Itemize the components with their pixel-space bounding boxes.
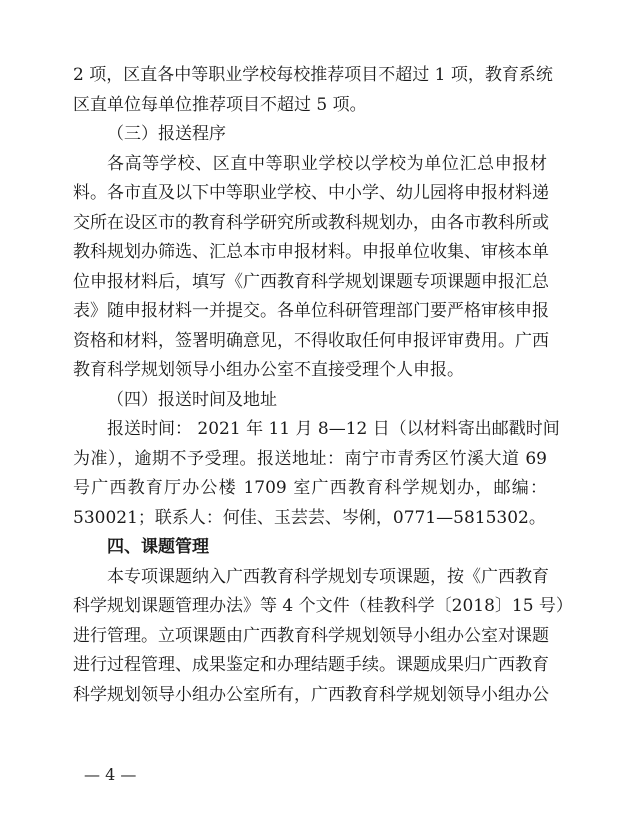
paragraph-line: 资格和材料，签署明确意见，不得收取任何申报评审费用。广西: [73, 330, 547, 352]
paragraph-line: 教科规划办筛选、汇总本市申报材料。申报单位收集、审核本单: [73, 241, 547, 263]
paragraph-line: 本专项课题纳入广西教育科学规划专项课题，按《广西教育: [107, 566, 547, 588]
paragraph-line: 号广西教育厅办公楼 1709 室广西教育科学规划办，邮编：: [73, 477, 547, 499]
paragraph-line: 料。各市直及以下中等职业学校、中小学、幼儿园将申报材料递: [73, 182, 547, 204]
paragraph-line: 进行管理。立项课题由广西教育科学规划领导小组办公室对课题: [73, 625, 547, 647]
paragraph-line: 各高等学校、区直中等职业学校以学校为单位汇总申报材: [107, 153, 547, 175]
section-subheading: （三）报送程序: [107, 123, 547, 145]
paragraph-line: 表》随申报材料一并提交。各单位科研管理部门要严格审核申报: [73, 300, 547, 322]
page-number: — 4 —: [84, 765, 136, 784]
paragraph-line: 教育科学规划领导小组办公室不直接受理个人申报。: [73, 359, 547, 381]
paragraph-line: 530021；联系人：何佳、玉芸芸、岑俐，0771—5815302。: [73, 507, 547, 529]
paragraph-line: 进行过程管理、成果鉴定和办理结题手续。课题成果归广西教育: [73, 654, 547, 676]
paragraph-line: 科学规划课题管理办法》等 4 个文件（桂教科学〔2018〕15 号）: [73, 595, 547, 617]
paragraph-line: 为准），逾期不予受理。报送地址：南宁市青秀区竹溪大道 69: [73, 448, 547, 470]
paragraph-line: 科学规划领导小组办公室所有，广西教育科学规划领导小组办公: [73, 684, 547, 706]
document-page: 2 项，区直各中等职业学校每校推荐项目不超过 1 项，教育系统 区直单位每单位推…: [0, 0, 620, 828]
paragraph-line: 位申报材料后，填写《广西教育科学规划课题专项课题申报汇总: [73, 271, 547, 293]
paragraph-line: 交所在设区市的教育科学研究所或教科规划办，由各市教科所或: [73, 212, 547, 234]
paragraph-line: 报送时间： 2021 年 11 月 8—12 日（以材料寄出邮戳时间: [107, 418, 547, 440]
paragraph-line: 区直单位每单位推荐项目不超过 5 项。: [73, 94, 547, 116]
section-subheading: （四）报送时间及地址: [107, 389, 547, 411]
section-heading: 四、课题管理: [107, 536, 581, 558]
paragraph-line: 2 项，区直各中等职业学校每校推荐项目不超过 1 项，教育系统: [73, 64, 547, 86]
